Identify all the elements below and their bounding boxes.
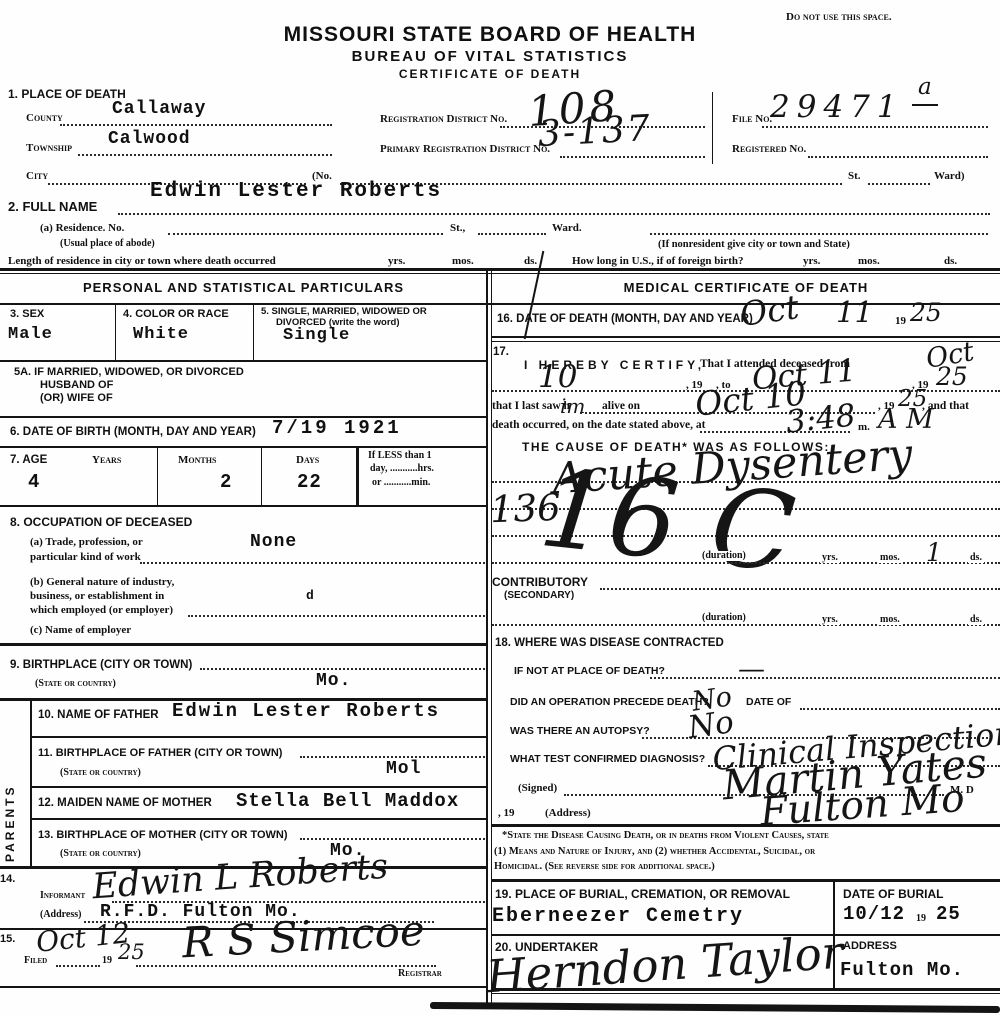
duration-mos-label: mos.	[878, 553, 902, 563]
less-than-label-1: If LESS than 1	[368, 451, 432, 461]
mother-name-value: Stella Bell Maddox	[236, 792, 459, 811]
bureau-subtitle: BUREAU OF VITAL STATISTICS	[150, 49, 830, 64]
length-residence-label: Length of residence in city or town wher…	[8, 256, 276, 267]
rule	[808, 156, 988, 158]
rule	[253, 305, 254, 360]
residence-label: (a) Residence. No.	[40, 223, 124, 234]
burial-place-value: Eberneezer Cemetry	[492, 907, 744, 927]
city-label: City	[26, 171, 48, 182]
months-label: Months	[178, 455, 216, 466]
page-title: MISSOURI STATE BOARD OF HEALTH	[150, 24, 830, 45]
residence-st-label: St.,	[450, 223, 465, 234]
days-label: Days	[296, 455, 319, 466]
rule	[0, 986, 487, 988]
father-birthplace-value: Mol	[386, 760, 421, 778]
duration-ds-label: ds.	[968, 553, 984, 563]
rule	[650, 233, 988, 235]
occupation-label: 8. OCCUPATION OF DECEASED	[10, 516, 192, 528]
rule	[261, 446, 262, 506]
registrar-label: Registrar	[398, 969, 442, 979]
dob-label: 6. DATE OF BIRTH (MONTH, DAY AND YEAR)	[10, 427, 256, 439]
occ-a-label-1: (a) Trade, profession, or	[30, 537, 143, 548]
burial-year-value: 25	[936, 905, 961, 924]
county-value: Callaway	[112, 100, 206, 118]
rule	[492, 993, 1000, 994]
rule	[0, 643, 487, 646]
rule	[492, 341, 1000, 342]
less-than-label-2: day, ...........hrs.	[370, 464, 434, 474]
rule	[800, 708, 1000, 710]
occ-b-value: d	[306, 589, 315, 602]
rule	[560, 156, 705, 158]
rule	[762, 126, 988, 128]
rule	[188, 615, 485, 617]
certify-number: 17.	[493, 347, 509, 359]
marital-label-1: 5. SINGLE, MARRIED, WIDOWED OR	[261, 307, 427, 317]
nonresident-note: (If nonresident give city or town and St…	[658, 240, 850, 251]
death-occurred-label: death occurred, on the date stated above…	[492, 420, 705, 432]
filed-label: Filed	[24, 956, 47, 966]
full-name-label: 2. FULL NAME	[8, 200, 97, 213]
occ-b-label-3: which employed (or employer)	[30, 605, 173, 616]
footnote-line-1: *State the Disease Causing Death, or in …	[502, 831, 829, 842]
duration-yrs-label: yrs.	[820, 553, 840, 563]
burial-date-value: 10/12	[843, 905, 905, 924]
rule	[600, 588, 1000, 590]
st-label: St.	[848, 171, 861, 182]
how-long-label: How long in U.S., if of foreign birth?	[572, 256, 744, 267]
rule	[0, 446, 487, 448]
rule	[30, 700, 32, 866]
years-label: Years	[92, 455, 121, 466]
occ-a-label-2: particular kind of work	[30, 552, 141, 563]
contributory-label: CONTRIBUTORY	[492, 576, 588, 588]
mos-label: mos.	[858, 256, 880, 267]
duration-days-value: 1	[926, 540, 942, 565]
age-label: 7. AGE	[10, 455, 47, 467]
ds-label: ds.	[944, 256, 957, 267]
filed-number: 15.	[0, 934, 15, 945]
file-no-sup: a	[918, 76, 932, 99]
do-not-use-stamp: Do not use this space.	[786, 12, 892, 23]
rule	[56, 965, 100, 967]
race-value: White	[133, 326, 189, 343]
date-of-operation-label: DATE OF	[746, 697, 791, 708]
ds-label: ds.	[524, 256, 537, 267]
rule	[0, 360, 487, 362]
date-of-death-year: 25	[910, 300, 942, 325]
rule	[492, 824, 1000, 827]
rule	[650, 677, 1000, 679]
file-no-label: File No.	[732, 114, 772, 125]
informant-address-label: (Address)	[40, 910, 81, 920]
county-label: County	[26, 113, 63, 124]
signed-label: (Signed)	[518, 783, 557, 794]
rule	[491, 268, 492, 1008]
informant-label: Informant	[40, 891, 85, 901]
township-value: Calwood	[108, 130, 191, 148]
rule	[118, 213, 990, 215]
last-saw-text-1: that I last saw h	[492, 401, 570, 413]
rule	[30, 818, 487, 820]
rule	[912, 104, 938, 106]
sex-value: Male	[8, 326, 53, 343]
place-of-death-label: 1. PLACE OF DEATH	[8, 88, 126, 100]
registered-no-label: Registered No.	[732, 144, 806, 155]
father-birthplace-label: 11. BIRTHPLACE OF FATHER (CITY OR TOWN)	[38, 748, 282, 759]
rule	[0, 273, 1000, 274]
rule	[712, 92, 713, 164]
burial-date-label: DATE OF BURIAL	[843, 888, 943, 900]
left-column-header: PERSONAL AND STATISTICAL PARTICULARS	[0, 281, 487, 294]
primary-district-label: Primary Registration District No.	[380, 144, 550, 155]
ward-label: Ward)	[934, 171, 965, 182]
if-not-label: IF NOT AT PLACE OF DEATH?	[514, 666, 665, 677]
less-than-label-3: or ...........min.	[372, 478, 430, 488]
attended-from-day: 10	[538, 362, 577, 393]
occupation-value: None	[250, 533, 297, 551]
rule	[0, 416, 487, 418]
duration-yrs-label: yrs.	[820, 615, 840, 625]
date-of-death-month: Oct	[738, 290, 801, 331]
footnote-line-2: (1) Means and Nature of Injury, and (2) …	[494, 847, 815, 858]
township-label: Township	[26, 143, 72, 154]
duration-mos-label: mos.	[878, 615, 902, 625]
birthplace-value: Mo.	[316, 672, 351, 690]
mos-label: mos.	[452, 256, 474, 267]
rule	[0, 268, 1000, 271]
dob-value: 7/19 1921	[272, 419, 402, 438]
operation-label: DID AN OPERATION PRECEDE DEATH?	[510, 697, 709, 708]
undertaker-address-value: Fulton Mo.	[840, 961, 964, 980]
rule	[157, 446, 158, 506]
married-label-3: (OR) WIFE OF	[40, 393, 113, 404]
right-column-header: MEDICAL CERTIFICATE OF DEATH	[492, 281, 1000, 294]
rule	[60, 124, 332, 126]
footnote-line-3: Homicidal. (See reverse side for additio…	[494, 862, 715, 873]
rule	[492, 624, 1000, 626]
birthplace-label: 9. BIRTHPLACE (CITY OR TOWN)	[10, 660, 192, 672]
duration-ds-label: ds.	[968, 615, 984, 625]
occ-b-label-2: business, or establishment in	[30, 591, 164, 602]
death-time-value: 3:48	[785, 400, 857, 438]
state-country-note: (State or country)	[60, 768, 141, 778]
mother-name-label: 12. MAIDEN NAME OF MOTHER	[38, 798, 212, 810]
scan-artifact	[430, 1002, 1000, 1013]
date-of-death-19: 19	[895, 316, 906, 327]
registrar-signature: R S Simcoe	[181, 910, 426, 965]
rule	[478, 233, 546, 235]
occ-b-label-1: (b) General nature of industry,	[30, 577, 174, 588]
rule	[486, 268, 488, 1008]
rule	[356, 446, 359, 506]
residence-ward-label: Ward.	[552, 223, 582, 234]
age-years-value: 4	[28, 473, 40, 492]
age-months-value: 2	[220, 473, 232, 492]
rule	[78, 154, 332, 156]
if-not-value: —	[738, 656, 765, 683]
secondary-label: (SECONDARY)	[504, 591, 574, 601]
duration-label: (duration)	[700, 613, 748, 623]
signed-address-label: (Address)	[545, 808, 591, 819]
state-country-note: (State or country)	[60, 849, 141, 859]
rule	[0, 505, 487, 507]
registration-district-label: Registration District No.	[380, 114, 507, 125]
cause-code-big: 16 C	[535, 455, 799, 589]
last-saw-text-2: alive on	[602, 401, 640, 413]
mother-birthplace-label: 13. BIRTHPLACE OF MOTHER (CITY OR TOWN)	[38, 830, 288, 841]
filed-year-value: 25	[118, 942, 145, 963]
state-country-note: (State or country)	[35, 679, 116, 689]
sex-label: 3. SEX	[10, 309, 44, 320]
age-days-value: 22	[297, 473, 322, 492]
yrs-label: yrs.	[803, 256, 820, 267]
abode-note: (Usual place of abode)	[60, 239, 155, 249]
rule	[868, 183, 930, 185]
rule	[136, 965, 436, 967]
test-label: WHAT TEST CONFIRMED DIAGNOSIS?	[510, 754, 705, 765]
parents-label: PARENTS	[4, 712, 16, 862]
rule	[115, 305, 116, 360]
death-certificate: Do not use this space. MISSOURI STATE BO…	[0, 0, 1000, 1015]
rule	[168, 233, 443, 235]
rule	[492, 336, 1000, 338]
married-label-2: HUSBAND OF	[40, 380, 113, 391]
rule	[492, 988, 1000, 991]
father-name-value: Edwin Lester Roberts	[172, 702, 440, 721]
rule	[300, 756, 485, 758]
married-label-1: 5A. IF MARRIED, WIDOWED, OR DIVORCED	[14, 367, 244, 378]
rule	[200, 668, 485, 670]
rule	[30, 736, 487, 738]
full-name-value: Edwin Lester Roberts	[150, 181, 442, 202]
where-contracted-label: 18. WHERE WAS DISEASE CONTRACTED	[495, 638, 724, 650]
duration-label: (duration)	[700, 551, 748, 561]
rule	[30, 786, 487, 788]
primary-district-value: 3-137	[537, 111, 653, 153]
signed-year-label: , 19	[498, 808, 515, 819]
rule	[140, 562, 485, 564]
death-m-label: m.	[858, 422, 870, 433]
rule	[492, 562, 1000, 564]
rule	[492, 879, 1000, 882]
informant-number: 14.	[0, 874, 15, 885]
filed-19-label: 19	[102, 956, 112, 966]
file-no-value: 29471	[770, 92, 904, 123]
undertaker-address-label: ADDRESS	[843, 941, 897, 952]
doc-type: CERTIFICATE OF DEATH	[150, 68, 830, 80]
date-of-death-label: 16. DATE OF DEATH (MONTH, DAY AND YEAR)	[497, 314, 753, 326]
father-name-label: 10. NAME OF FATHER	[38, 710, 159, 722]
marital-value: Single	[283, 327, 350, 344]
rule	[300, 838, 485, 840]
attended-to-year: 25	[936, 364, 968, 389]
autopsy-label: WAS THERE AN AUTOPSY?	[510, 726, 650, 737]
date-of-death-day: 11	[836, 298, 873, 327]
yrs-label: yrs.	[388, 256, 405, 267]
burial-19-label: 19	[916, 914, 926, 924]
occ-c-label: (c) Name of employer	[30, 625, 131, 636]
race-label: 4. COLOR OR RACE	[123, 309, 229, 320]
burial-place-label: 19. PLACE OF BURIAL, CREMATION, OR REMOV…	[495, 888, 790, 900]
